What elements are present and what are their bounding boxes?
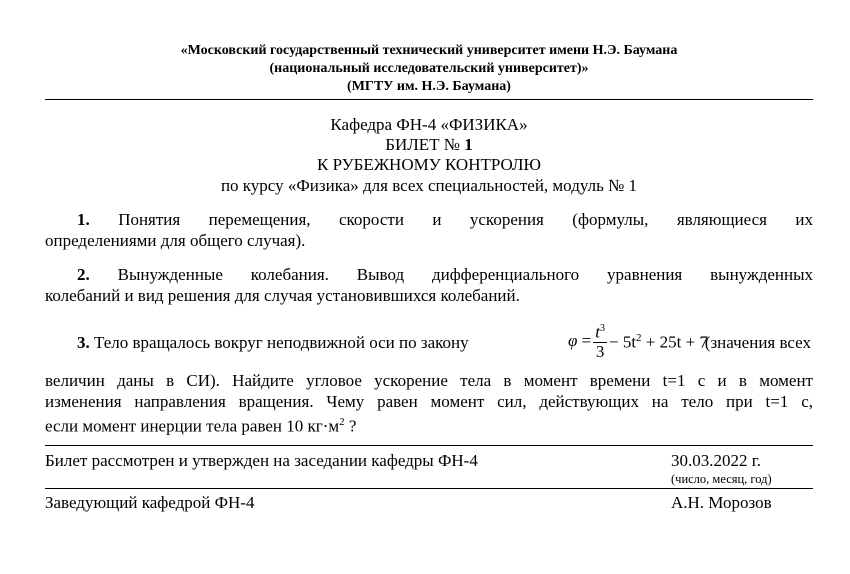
- question-text-after-formula: (значения всех: [705, 332, 811, 353]
- equals-sign: =: [582, 331, 592, 350]
- department-title: Кафедра ФН-4 «ФИЗИКА»: [45, 115, 813, 135]
- question-text: Понятия перемещения, скорости и ускорени…: [118, 210, 813, 229]
- university-name-line2: (национальный исследовательский универси…: [45, 60, 813, 77]
- question-text-line4: если момент инерции тела равен 10 кг·м2 …: [45, 412, 813, 437]
- question-text-line3: изменения направления вращения. Чему рав…: [45, 391, 813, 412]
- question-mark: ?: [345, 417, 357, 436]
- formula-term-2: − 5t: [609, 333, 636, 352]
- question-number: 2.: [77, 265, 90, 284]
- control-title: К РУБЕЖНОМУ КОНТРОЛЮ: [45, 155, 813, 175]
- question-text-line2: величин даны в СИ). Найдите угловое уско…: [45, 370, 813, 391]
- ticket-label: БИЛЕТ №: [385, 135, 464, 154]
- head-of-department-title: Заведующий кафедрой ФН-4: [45, 493, 254, 513]
- question-text-cont: определениями для общего случая).: [45, 230, 813, 251]
- rotation-law-formula: φ =t33− 5t2 + 25t + 7: [568, 320, 708, 361]
- question-text-cont: колебаний и вид решения для случая устан…: [45, 285, 813, 306]
- date-hint: (число, месяц, год): [671, 472, 772, 486]
- question-1: 1. Понятия перемещения, скорости и ускор…: [45, 209, 813, 251]
- question-text: Тело вращалось вокруг неподвижной оси по…: [94, 333, 469, 352]
- phi-symbol: φ: [568, 331, 577, 350]
- question-2: 2. Вынужденные колебания. Вывод дифферен…: [45, 264, 813, 306]
- frac-exponent: 3: [600, 323, 605, 334]
- footer-divider-bottom: [45, 488, 813, 489]
- ticket-number: 1: [464, 135, 473, 154]
- header-divider: [45, 99, 813, 100]
- question-number: 3.: [77, 333, 90, 352]
- ticket-title: БИЛЕТ № 1: [45, 135, 813, 155]
- approval-text: Билет рассмотрен и утвержден на заседани…: [45, 451, 478, 471]
- formula-term-3: + 25t + 7: [642, 333, 708, 352]
- question-3: 3. Тело вращалось вокруг неподвижной оси…: [45, 318, 813, 437]
- question-3-first-line: 3. Тело вращалось вокруг неподвижной оси…: [45, 318, 813, 364]
- footer-divider-top: [45, 445, 813, 446]
- frac-denominator: 3: [593, 343, 607, 361]
- question-number: 1.: [77, 210, 90, 229]
- fraction: t33: [593, 320, 607, 361]
- university-abbrev: (МГТУ им. Н.Э. Баумана): [45, 78, 813, 95]
- university-name-line1: «Московский государственный технический …: [45, 42, 813, 59]
- course-line: по курсу «Физика» для всех специальносте…: [45, 176, 813, 196]
- inertia-text: если момент инерции тела равен 10 кг·м: [45, 417, 339, 436]
- approval-date: 30.03.2022 г.: [671, 451, 761, 471]
- question-text: Вынужденные колебания. Вывод дифференциа…: [118, 265, 813, 284]
- head-of-department-name: А.Н. Морозов: [671, 493, 772, 513]
